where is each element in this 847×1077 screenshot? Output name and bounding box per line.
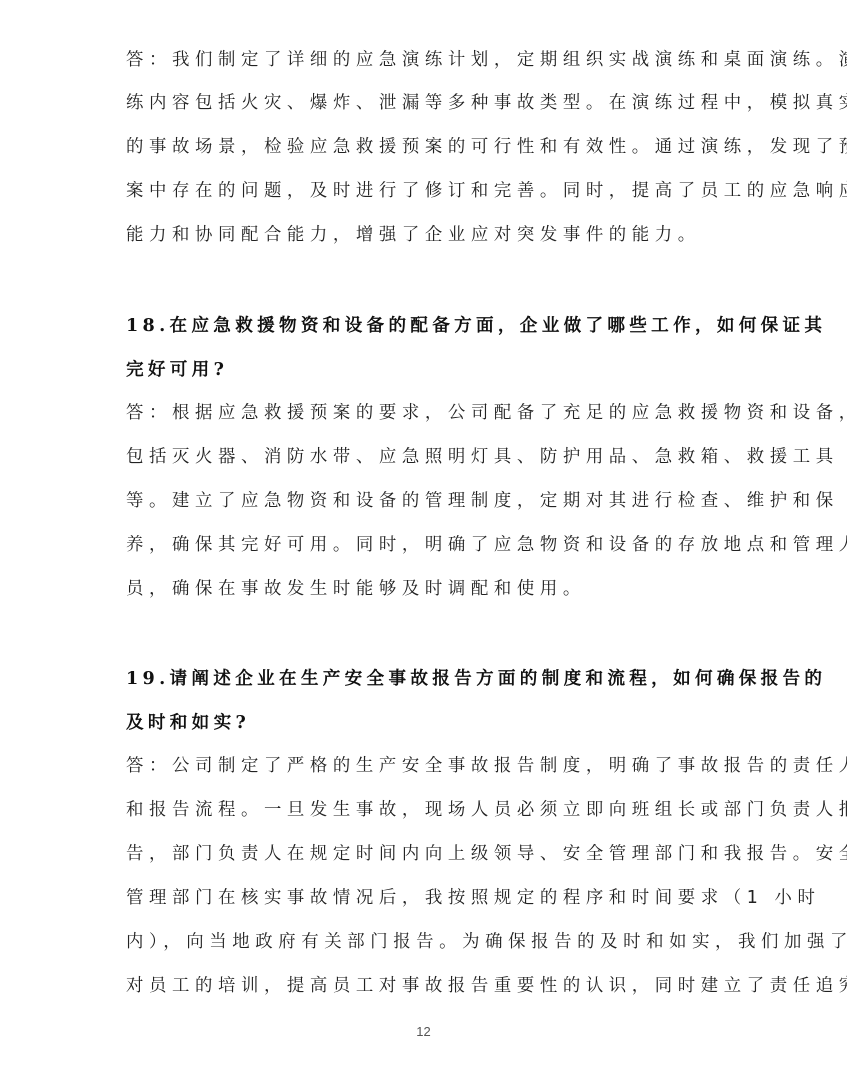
answer-17-line-4: 案中存在的问题，及时进行了修订和完善。同时，提高了员工的应急响应 [126, 179, 716, 203]
answer-18-line-4: 养，确保其完好可用。同时，明确了应急物资和设备的存放地点和管理人 [126, 533, 716, 557]
answer-19-line-6: 对员工的培训，提高员工对事故报告重要性的认识，同时建立了责任追究 [126, 974, 716, 998]
question-19-line-2: 及时和如实? [126, 711, 716, 735]
answer-18-line-1: 答：根据应急救援预案的要求，公司配备了充足的应急救援物资和设备， [126, 401, 716, 425]
page-number: 12 [0, 1024, 847, 1039]
question-18-line-2: 完好可用? [126, 358, 716, 382]
answer-18-line-5: 员，确保在事故发生时能够及时调配和使用。 [126, 577, 716, 601]
question-19-line-1: 19.请阐述企业在生产安全事故报告方面的制度和流程，如何确保报告的 [126, 667, 716, 691]
answer-17-line-3: 的事故场景，检验应急救援预案的可行性和有效性。通过演练，发现了预 [126, 135, 716, 159]
answer-19-line-2: 和报告流程。一旦发生事故，现场人员必须立即向班组长或部门负责人报 [126, 798, 716, 822]
answer-18-line-3: 等。建立了应急物资和设备的管理制度，定期对其进行检查、维护和保 [126, 489, 716, 513]
answer-19-line-1: 答：公司制定了严格的生产安全事故报告制度，明确了事故报告的责任人 [126, 754, 716, 778]
answer-19-line-4: 管理部门在核实事故情况后，我按照规定的程序和时间要求（1 小时 [126, 886, 716, 910]
answer-19-line-3: 告，部门负责人在规定时间内向上级领导、安全管理部门和我报告。安全 [126, 842, 716, 866]
document-page: 答：我们制定了详细的应急演练计划，定期组织实战演练和桌面演练。演 练内容包括火灾… [0, 0, 847, 1077]
answer-17-line-5: 能力和协同配合能力，增强了企业应对突发事件的能力。 [126, 223, 716, 247]
question-18-line-1: 18.在应急救援物资和设备的配备方面，企业做了哪些工作，如何保证其 [126, 314, 716, 338]
answer-17-line-2: 练内容包括火灾、爆炸、泄漏等多种事故类型。在演练过程中，模拟真实 [126, 91, 716, 115]
answer-18-line-2: 包括灭火器、消防水带、应急照明灯具、防护用品、急救箱、救援工具 [126, 445, 716, 469]
answer-17-line-1: 答：我们制定了详细的应急演练计划，定期组织实战演练和桌面演练。演 [126, 48, 716, 72]
answer-19-line-5: 内），向当地政府有关部门报告。为确保报告的及时和如实，我们加强了 [126, 930, 716, 954]
